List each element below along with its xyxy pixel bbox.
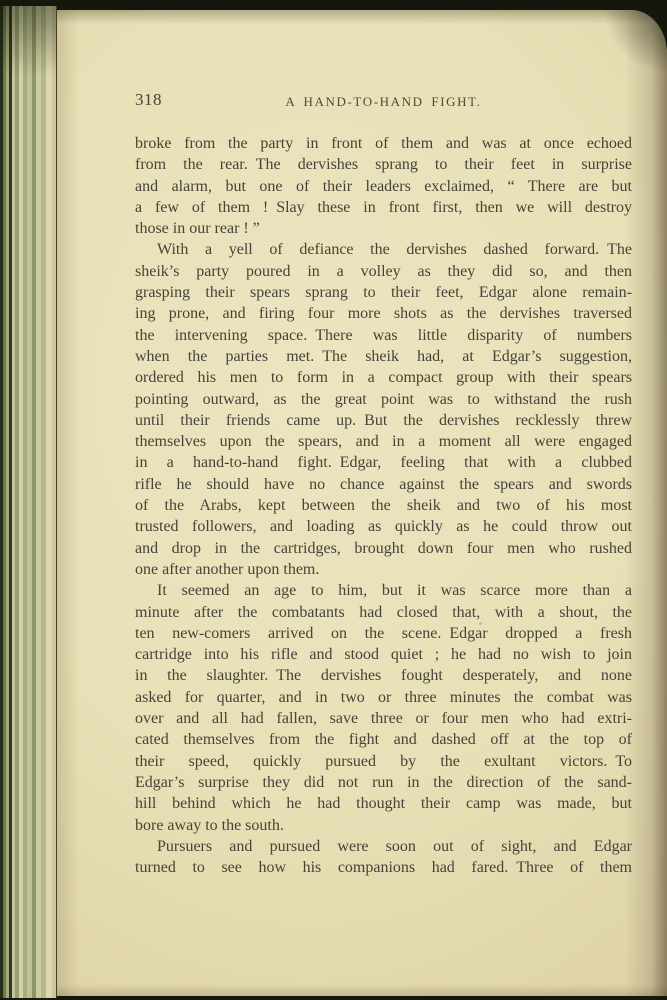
book-page-edges: [0, 6, 57, 998]
text-line: and alarm, but one of their leaders excl…: [135, 176, 632, 197]
text-line: their speed, quickly pursued by the exul…: [135, 751, 632, 772]
text-line: asked for quarter, and in two or three m…: [135, 687, 632, 708]
text-line: minute after the combatants had closed t…: [135, 602, 632, 623]
text-line: bore away to the south.: [135, 815, 632, 836]
text-line: in the slaughter. The dervishes fought d…: [135, 665, 632, 686]
text-line: from the rear. The dervishes sprang to t…: [135, 154, 632, 175]
text-line: Pursuers and pursued were soon out of si…: [135, 836, 632, 857]
running-header-title: A HAND-TO-HAND FIGHT.: [135, 94, 632, 110]
text-line: over and all had fallen, save three or f…: [135, 708, 632, 729]
text-line: grasping their spears sprang to their fe…: [135, 282, 632, 303]
text-line: cartridge into his rifle and stood quiet…: [135, 644, 632, 665]
text-line: hill behind which he had thought their c…: [135, 793, 632, 814]
page-corner-shadow: [577, 10, 667, 100]
text-line: those in our rear ! ”: [135, 218, 632, 239]
text-line: It seemed an age to him, but it was scar…: [135, 580, 632, 601]
text-line: ing prone, and firing four more shots as…: [135, 303, 632, 324]
text-line: themselves upon the spears, and in a mom…: [135, 431, 632, 452]
text-line: trusted followers, and loading as quickl…: [135, 516, 632, 537]
text-line: when the parties met. The sheik had, at …: [135, 346, 632, 367]
text-line: cated themselves from the fight and dash…: [135, 729, 632, 750]
book-page: 318 A HAND-TO-HAND FIGHT. broke from the…: [55, 10, 667, 996]
text-line: the intervening space. There was little …: [135, 325, 632, 346]
text-line: turned to see how his companions had far…: [135, 857, 632, 878]
text-line: sheik’s party poured in a volley as they…: [135, 261, 632, 282]
page-body-text: broke from the party in front of them an…: [135, 133, 632, 878]
text-line: a few of them ! Slay these in front firs…: [135, 197, 632, 218]
text-line: of the Arabs, kept between the sheik and…: [135, 495, 632, 516]
text-line: rifle he should have no chance against t…: [135, 474, 632, 495]
text-line: Edgar’s surprise they did not run in the…: [135, 772, 632, 793]
text-line: ordered his men to form in a compact gro…: [135, 367, 632, 388]
text-line: in a hand-to-hand fight. Edgar, feeling …: [135, 452, 632, 473]
text-line: pointing outward, as the great point was…: [135, 389, 632, 410]
text-line: until their friends came up. But the der…: [135, 410, 632, 431]
text-line: broke from the party in front of them an…: [135, 133, 632, 154]
text-line: and drop in the cartridges, brought down…: [135, 538, 632, 559]
text-line: ten new-comers arrived on the scene. Edg…: [135, 623, 632, 644]
text-line: one after another upon them.: [135, 559, 632, 580]
scanned-book-photo: 318 A HAND-TO-HAND FIGHT. broke from the…: [0, 0, 667, 1000]
text-line: With a yell of defiance the dervishes da…: [135, 239, 632, 260]
